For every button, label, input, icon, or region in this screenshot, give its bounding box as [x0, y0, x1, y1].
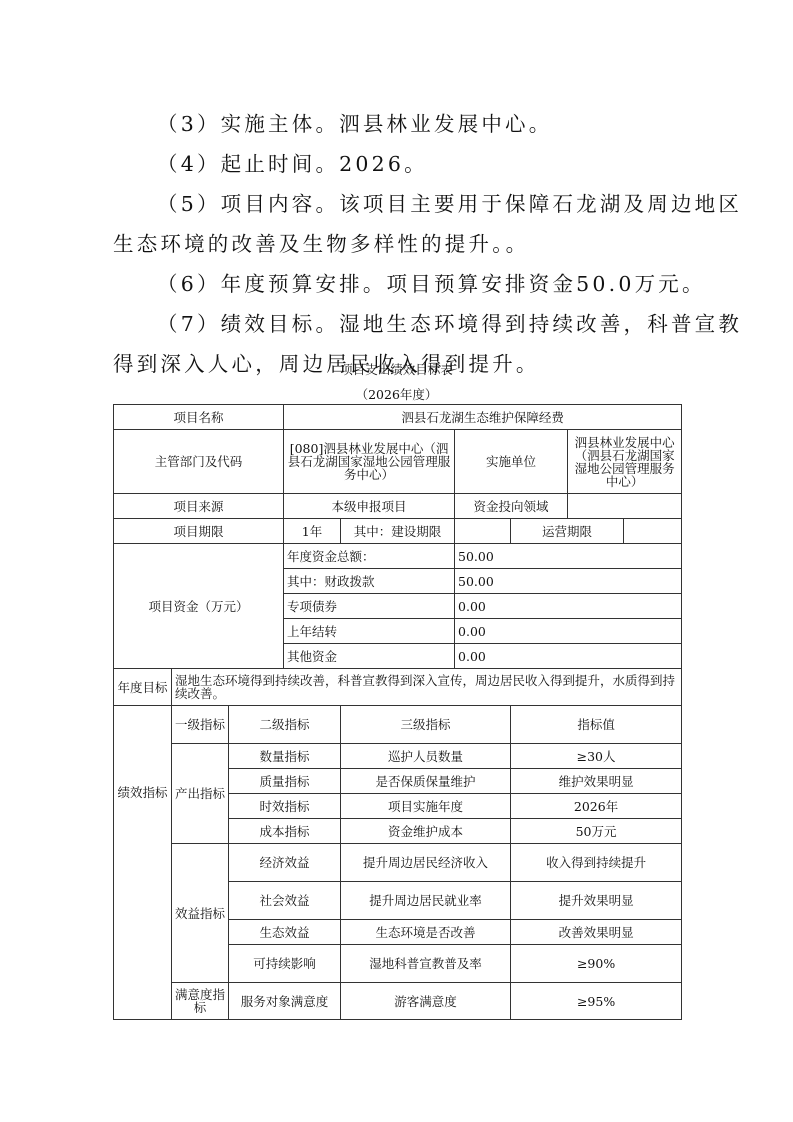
value-cell: ≥95%: [511, 983, 682, 1020]
header-level3: 三级指标: [341, 706, 511, 744]
level3-cell: 项目实施年度: [341, 794, 511, 819]
level3-cell: 资金维护成本: [341, 819, 511, 844]
table-title: 项目支出绩效目标表: [0, 360, 793, 378]
level2-cell: 数量指标: [229, 744, 341, 769]
fund-other-label: 其他资金: [284, 644, 455, 669]
level2-cell: 质量指标: [229, 769, 341, 794]
fund-other-value: 0.00: [455, 644, 682, 669]
perf-indicator-label: 绩效指标: [114, 706, 172, 1020]
level1-output: 产出指标: [172, 744, 229, 844]
level3-cell: 游客满意度: [341, 983, 511, 1020]
source-label: 项目来源: [114, 494, 284, 519]
value-cell: 提升效果明显: [511, 882, 682, 920]
project-name-value: 泗县石龙湖生态维护保障经费: [284, 405, 682, 430]
level3-cell: 湿地科普宣教普及率: [341, 945, 511, 983]
value-cell: 收入得到持续提升: [511, 844, 682, 882]
fund-bond-value: 0.00: [455, 594, 682, 619]
ops-period-label: 运营期限: [511, 519, 624, 544]
value-cell: 维护效果明显: [511, 769, 682, 794]
dept-label: 主管部门及代码: [114, 430, 284, 494]
paragraph-content-1: （5）项目内容。该项目主要用于保障石龙湖及周边地区: [113, 184, 727, 224]
level3-cell: 巡护人员数量: [341, 744, 511, 769]
table-year: （2026年度）: [0, 385, 793, 403]
impl-unit-label: 实施单位: [455, 430, 568, 494]
annual-goal-value: 湿地生态环境得到持续改善，科普宣教得到深入宣传，周边居民收入得到提升，水质得到持…: [172, 669, 682, 706]
header-value: 指标值: [511, 706, 682, 744]
period-value: 1年: [284, 519, 341, 544]
fund-total-label: 年度资金总额：: [284, 544, 455, 569]
ops-period-value: [624, 519, 682, 544]
value-cell: ≥30人: [511, 744, 682, 769]
value-cell: 2026年: [511, 794, 682, 819]
fund-fiscal-label: 其中：财政拨款: [284, 569, 455, 594]
project-name-label: 项目名称: [114, 405, 284, 430]
build-period-label: 其中：建设期限: [341, 519, 455, 544]
paragraph-goal-1: （7）绩效目标。湿地生态环境得到持续改善，科普宣教: [113, 304, 727, 344]
impl-unit-value: 泗县林业发展中心（泗县石龙湖国家湿地公园管理服务中心）: [568, 430, 682, 494]
paragraph-implementer: （3）实施主体。泗县林业发展中心。: [113, 104, 727, 144]
build-period-value: [455, 519, 511, 544]
period-label: 项目期限: [114, 519, 284, 544]
paragraph-period: （4）起止时间。2026。: [113, 144, 727, 184]
field-value: [568, 494, 682, 519]
header-level1: 一级指标: [172, 706, 229, 744]
fund-fiscal-value: 50.00: [455, 569, 682, 594]
level3-cell: 提升周边居民就业率: [341, 882, 511, 920]
level2-cell: 社会效益: [229, 882, 341, 920]
level3-cell: 是否保质保量维护: [341, 769, 511, 794]
funds-label: 项目资金（万元）: [114, 544, 284, 669]
source-value: 本级申报项目: [284, 494, 455, 519]
fund-bond-label: 专项债券: [284, 594, 455, 619]
level2-cell: 可持续影响: [229, 945, 341, 983]
header-level2: 二级指标: [229, 706, 341, 744]
annual-goal-label: 年度目标: [114, 669, 172, 706]
level2-cell: 时效指标: [229, 794, 341, 819]
performance-target-table: 项目名称 泗县石龙湖生态维护保障经费 主管部门及代码 [080]泗县林业发展中心…: [113, 404, 682, 1020]
level3-cell: 生态环境是否改善: [341, 920, 511, 945]
value-cell: 改善效果明显: [511, 920, 682, 945]
fund-total-value: 50.00: [455, 544, 682, 569]
paragraph-budget: （6）年度预算安排。项目预算安排资金50.0万元。: [113, 264, 727, 304]
dept-value: [080]泗县林业发展中心（泗县石龙湖国家湿地公园管理服务中心）: [284, 430, 455, 494]
field-label: 资金投向领域: [455, 494, 568, 519]
paragraph-content-2: 生态环境的改善及生物多样性的提升。。: [113, 224, 683, 264]
level1-benefit: 效益指标: [172, 844, 229, 983]
level2-cell: 成本指标: [229, 819, 341, 844]
level3-cell: 提升周边居民经济收入: [341, 844, 511, 882]
fund-carryover-label: 上年结转: [284, 619, 455, 644]
value-cell: 50万元: [511, 819, 682, 844]
fund-carryover-value: 0.00: [455, 619, 682, 644]
level2-cell: 生态效益: [229, 920, 341, 945]
level2-cell: 经济效益: [229, 844, 341, 882]
value-cell: ≥90%: [511, 945, 682, 983]
level2-cell: 服务对象满意度: [229, 983, 341, 1020]
level1-satisfaction: 满意度指标: [172, 983, 229, 1020]
